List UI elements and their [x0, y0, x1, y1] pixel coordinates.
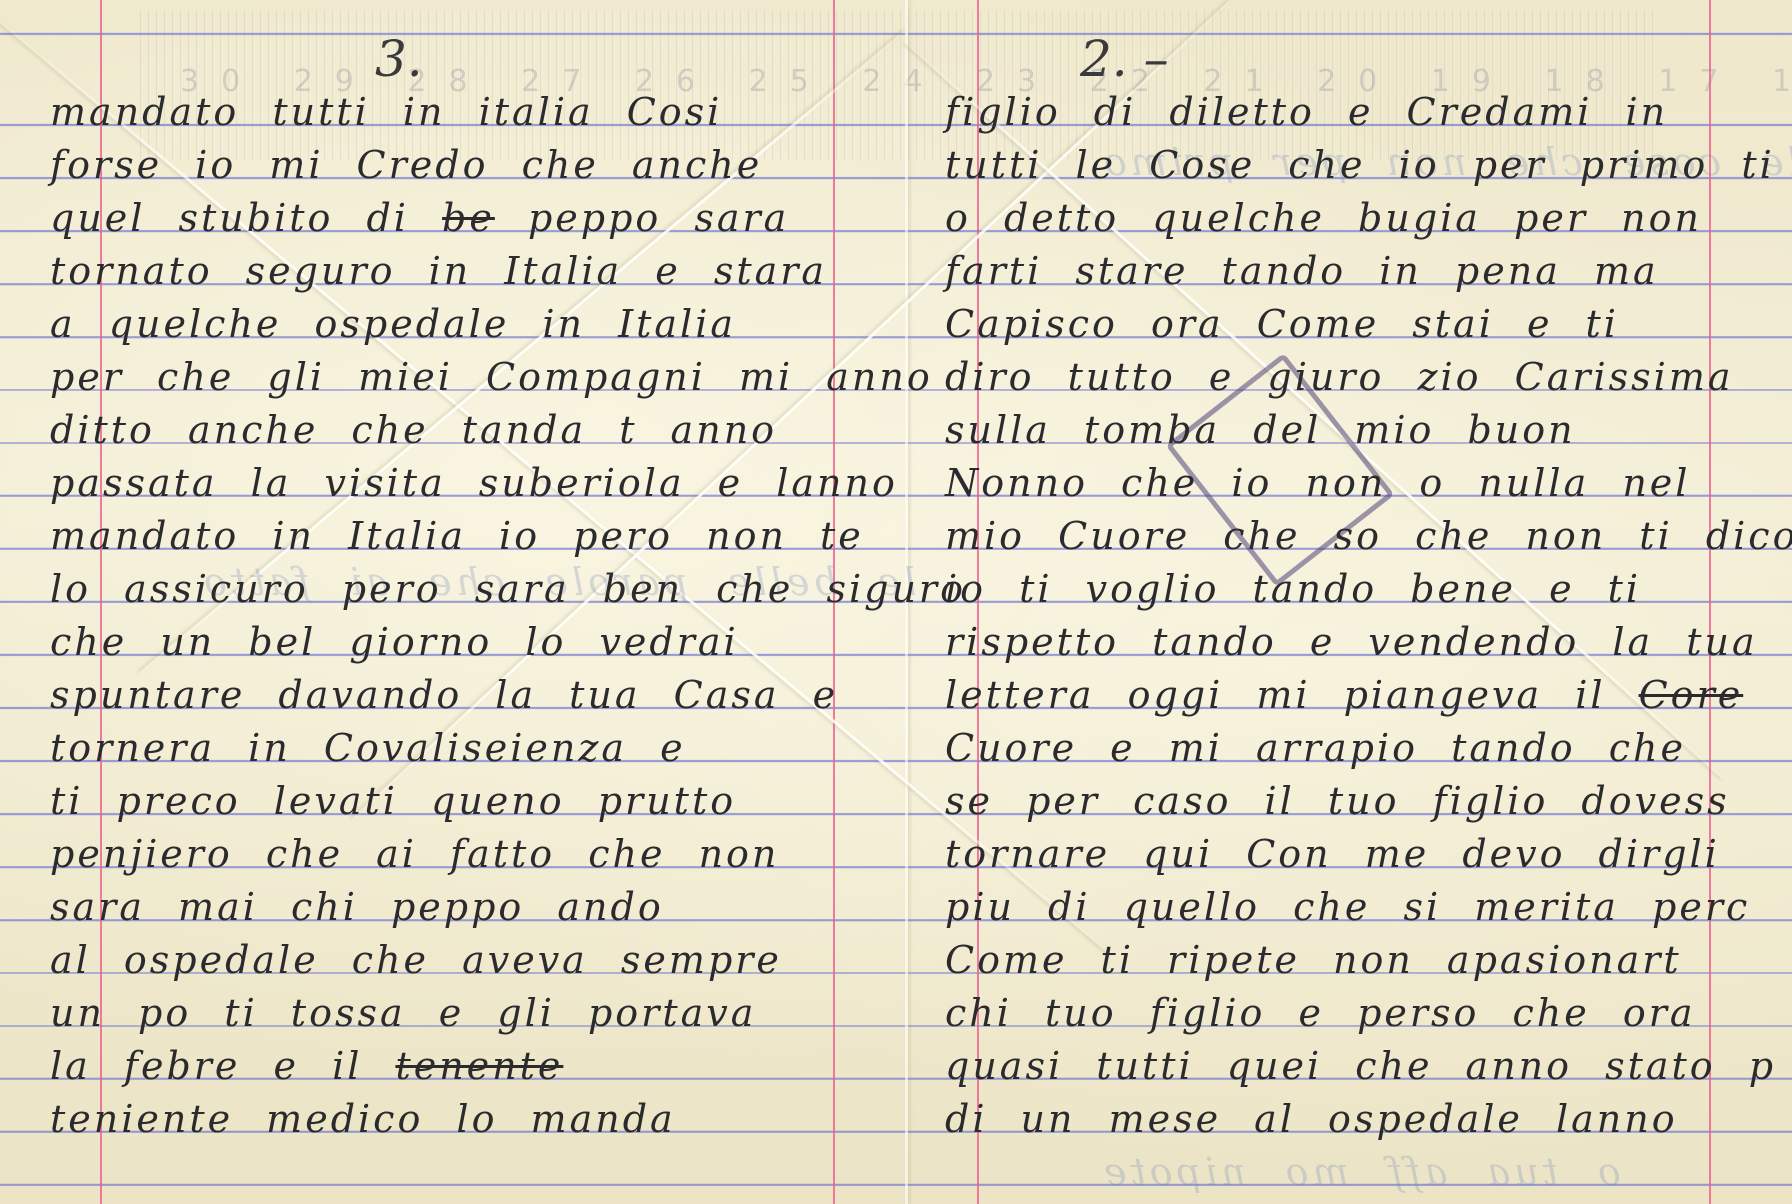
handwritten-line: tornare qui Con me devo dirgli — [945, 834, 1720, 874]
right-page-number: 2. – — [1080, 30, 1169, 88]
handwritten-line: tutti le Cose che io per primo ti — [945, 145, 1775, 185]
handwritten-line: diro tutto e giuro zio Carissima — [945, 357, 1734, 397]
struck-word: Core — [1639, 673, 1744, 717]
handwritten-line: a quelche ospedale in Italia — [50, 304, 736, 344]
letter-sheet: 30 29 28 27 26 25 24 23 22 21 20 19 18 1… — [0, 0, 1792, 1204]
handwritten-line: Capisco ora Come stai e ti — [945, 304, 1619, 344]
handwritten-line: tornato seguro in Italia e stara — [50, 251, 827, 291]
handwritten-line: ti preco levati queno prutto — [50, 781, 736, 821]
handwritten-line: o detto quelche bugia per non — [945, 198, 1702, 238]
handwritten-line: sulla tomba del mio buon — [945, 410, 1576, 450]
handwritten-line: mandato in Italia io pero non te — [50, 516, 864, 556]
handwritten-line: lo assicuro pero sara ben che siguro — [50, 569, 966, 609]
handwritten-line: se per caso il tuo figlio dovess — [945, 781, 1730, 821]
handwritten-line: quasi tutti quei che anno stato p — [945, 1046, 1776, 1086]
handwritten-line: Come ti ripete non apasionart — [945, 940, 1682, 980]
bleedthrough-text: o tua aff mo nipote — [1100, 1150, 1621, 1194]
handwritten-line: chi tuo figlio e perso che ora — [945, 993, 1696, 1033]
handwritten-line: Cuore e mi arrapio tando che — [945, 728, 1686, 768]
handwritten-line: teniente medico lo manda — [50, 1099, 676, 1139]
handwritten-line: mio Cuore che so che non ti dico — [945, 516, 1792, 556]
handwritten-line: per che gli miei Compagni mi anno — [50, 357, 933, 397]
handwritten-line: Nonno che io non o nulla nel — [945, 463, 1690, 503]
handwritten-line: io ti voglio tando bene e ti — [945, 569, 1641, 609]
handwritten-line: sara mai chi peppo ando — [50, 887, 664, 927]
handwritten-line: rispetto tando e vendendo la tua — [945, 622, 1758, 662]
left-page-number: 3. — [375, 30, 423, 88]
handwritten-line: un po ti tossa e gli portava — [50, 993, 756, 1033]
handwritten-line: ditto anche che tanda t anno — [50, 410, 777, 450]
handwritten-line: quel stubito di be peppo sara — [50, 198, 789, 238]
handwritten-line: piu di quello che si merita perc — [945, 887, 1750, 927]
struck-word: be — [442, 196, 495, 240]
handwritten-line: passata la visita suberiola e lanno — [50, 463, 898, 503]
handwritten-line: penjiero che ai fatto che non — [50, 834, 779, 874]
handwritten-line: spuntare davando la tua Casa e — [50, 675, 838, 715]
struck-word: tenente — [395, 1044, 563, 1088]
handwritten-line: tornera in Covaliseienza e — [50, 728, 686, 768]
handwritten-line: lettera oggi mi piangeva il Core — [945, 675, 1743, 715]
handwritten-line: al ospedale che aveva sempre — [50, 940, 782, 980]
handwritten-line: figlio di diletto e Credami in — [945, 92, 1668, 132]
handwritten-line: mandato tutti in italia Cosi — [50, 92, 722, 132]
handwritten-line: la febre e il tenente — [50, 1046, 563, 1086]
handwritten-line: di un mese al ospedale lanno — [945, 1099, 1678, 1139]
handwritten-line: che un bel giorno lo vedrai — [50, 622, 739, 662]
handwritten-line: farti stare tando in pena ma — [945, 251, 1659, 291]
handwritten-line: forse io mi Credo che anche — [50, 145, 762, 185]
